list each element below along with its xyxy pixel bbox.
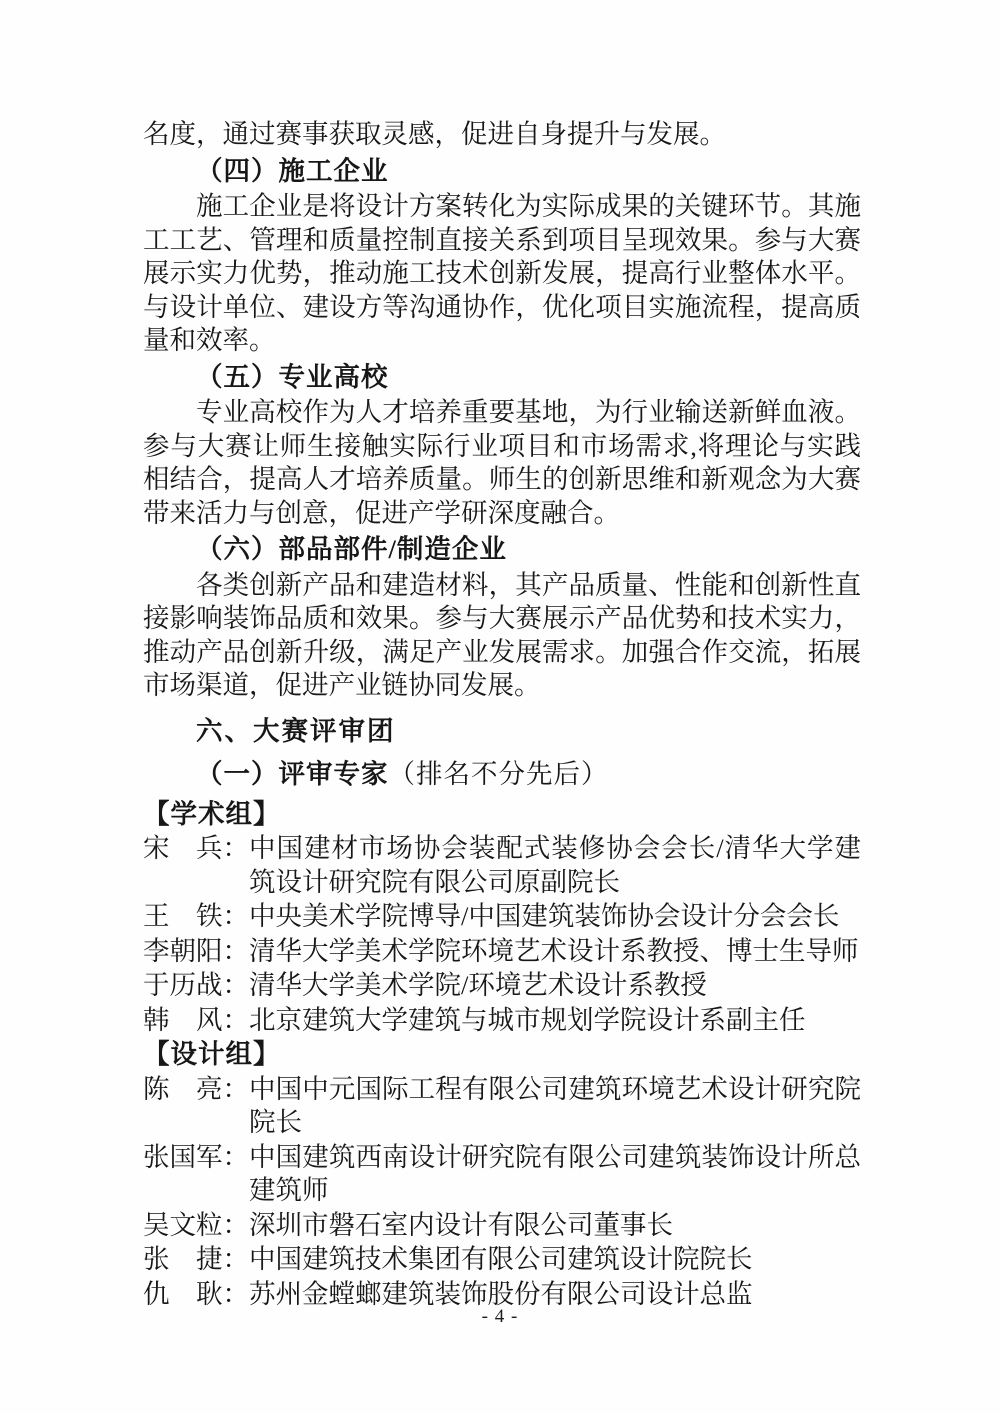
section5-heading: （五）专业高校 xyxy=(143,361,861,395)
judge-entry: 吴文粒： 深圳市磐石室内设计有限公司董事长 xyxy=(143,1209,861,1243)
judge-description: 中国建筑技术集团有限公司建筑设计院院长 xyxy=(249,1243,861,1277)
academic-group-label: 【学术组】 xyxy=(143,798,861,832)
page-number: - 4 - xyxy=(0,1306,1000,1328)
jury-subsection-note: （排名不分先后） xyxy=(389,759,609,789)
section4-body: 施工企业是将设计方案转化为实际成果的关键环节。其施工工艺、管理和质量控制直接关系… xyxy=(143,190,861,358)
judge-description: 清华大学美术学院环境艺术设计系教授、博士生导师 xyxy=(249,935,861,969)
judge-entry: 陈 亮： 中国中元国际工程有限公司建筑环境艺术设计研究院院长 xyxy=(143,1073,861,1140)
judge-entry: 张 捷： 中国建筑技术集团有限公司建筑设计院院长 xyxy=(143,1243,861,1277)
judge-name: 张 捷： xyxy=(143,1243,249,1277)
judge-description: 中央美术学院博导/中国建筑装饰协会设计分会会长 xyxy=(249,900,861,934)
judge-name: 韩 风： xyxy=(143,1004,249,1038)
judge-name: 陈 亮： xyxy=(143,1073,249,1140)
jury-subsection-heading: （一）评审专家（排名不分先后） xyxy=(143,758,861,792)
judge-description: 北京建筑大学建筑与城市规划学院设计系副主任 xyxy=(249,1004,861,1038)
section5-body: 专业高校作为人才培养重要基地，为行业输送新鲜血液。参与大赛让师生接触实际行业项目… xyxy=(143,396,861,530)
design-group-label: 【设计组】 xyxy=(143,1038,861,1072)
judge-description: 中国中元国际工程有限公司建筑环境艺术设计研究院院长 xyxy=(249,1073,861,1140)
judge-name: 于历战： xyxy=(143,969,249,1003)
section6-body: 各类创新产品和建造材料，其产品质量、性能和创新性直接影响装饰品质和效果。参与大赛… xyxy=(143,569,861,703)
judge-entry: 于历战： 清华大学美术学院/环境艺术设计系教授 xyxy=(143,969,861,1003)
judge-description: 中国建筑西南设计研究院有限公司建筑装饰设计所总建筑师 xyxy=(249,1141,861,1208)
judge-name: 宋 兵： xyxy=(143,832,249,899)
judge-entry: 宋 兵： 中国建材市场协会装配式装修协会会长/清华大学建筑设计研究院有限公司原副… xyxy=(143,832,861,899)
jury-subsection-title: （一）评审专家 xyxy=(196,759,389,789)
judge-entry: 王 铁： 中央美术学院博导/中国建筑装饰协会设计分会会长 xyxy=(143,900,861,934)
document-page: 名度，通过赛事获取灵感，促进自身提升与发展。 （四）施工企业 施工企业是将设计方… xyxy=(0,0,1000,1414)
judge-name: 吴文粒： xyxy=(143,1209,249,1243)
judge-description: 深圳市磐石室内设计有限公司董事长 xyxy=(249,1209,861,1243)
judge-name: 张国军： xyxy=(143,1141,249,1208)
judge-entry: 张国军： 中国建筑西南设计研究院有限公司建筑装饰设计所总建筑师 xyxy=(143,1141,861,1208)
judge-name: 王 铁： xyxy=(143,900,249,934)
section4-heading: （四）施工企业 xyxy=(143,155,861,189)
jury-section-heading: 六、大赛评审团 xyxy=(143,715,861,749)
judge-entry: 韩 风： 北京建筑大学建筑与城市规划学院设计系副主任 xyxy=(143,1004,861,1038)
judge-name: 李朝阳： xyxy=(143,935,249,969)
intro-tail-paragraph: 名度，通过赛事获取灵感，促进自身提升与发展。 xyxy=(143,118,861,152)
section6-heading: （六）部品部件/制造企业 xyxy=(143,533,861,567)
judge-description: 中国建材市场协会装配式装修协会会长/清华大学建筑设计研究院有限公司原副院长 xyxy=(249,832,861,899)
document-content: 名度，通过赛事获取灵感，促进自身提升与发展。 （四）施工企业 施工企业是将设计方… xyxy=(143,118,861,1312)
judge-entry: 李朝阳： 清华大学美术学院环境艺术设计系教授、博士生导师 xyxy=(143,935,861,969)
judge-description: 清华大学美术学院/环境艺术设计系教授 xyxy=(249,969,861,1003)
